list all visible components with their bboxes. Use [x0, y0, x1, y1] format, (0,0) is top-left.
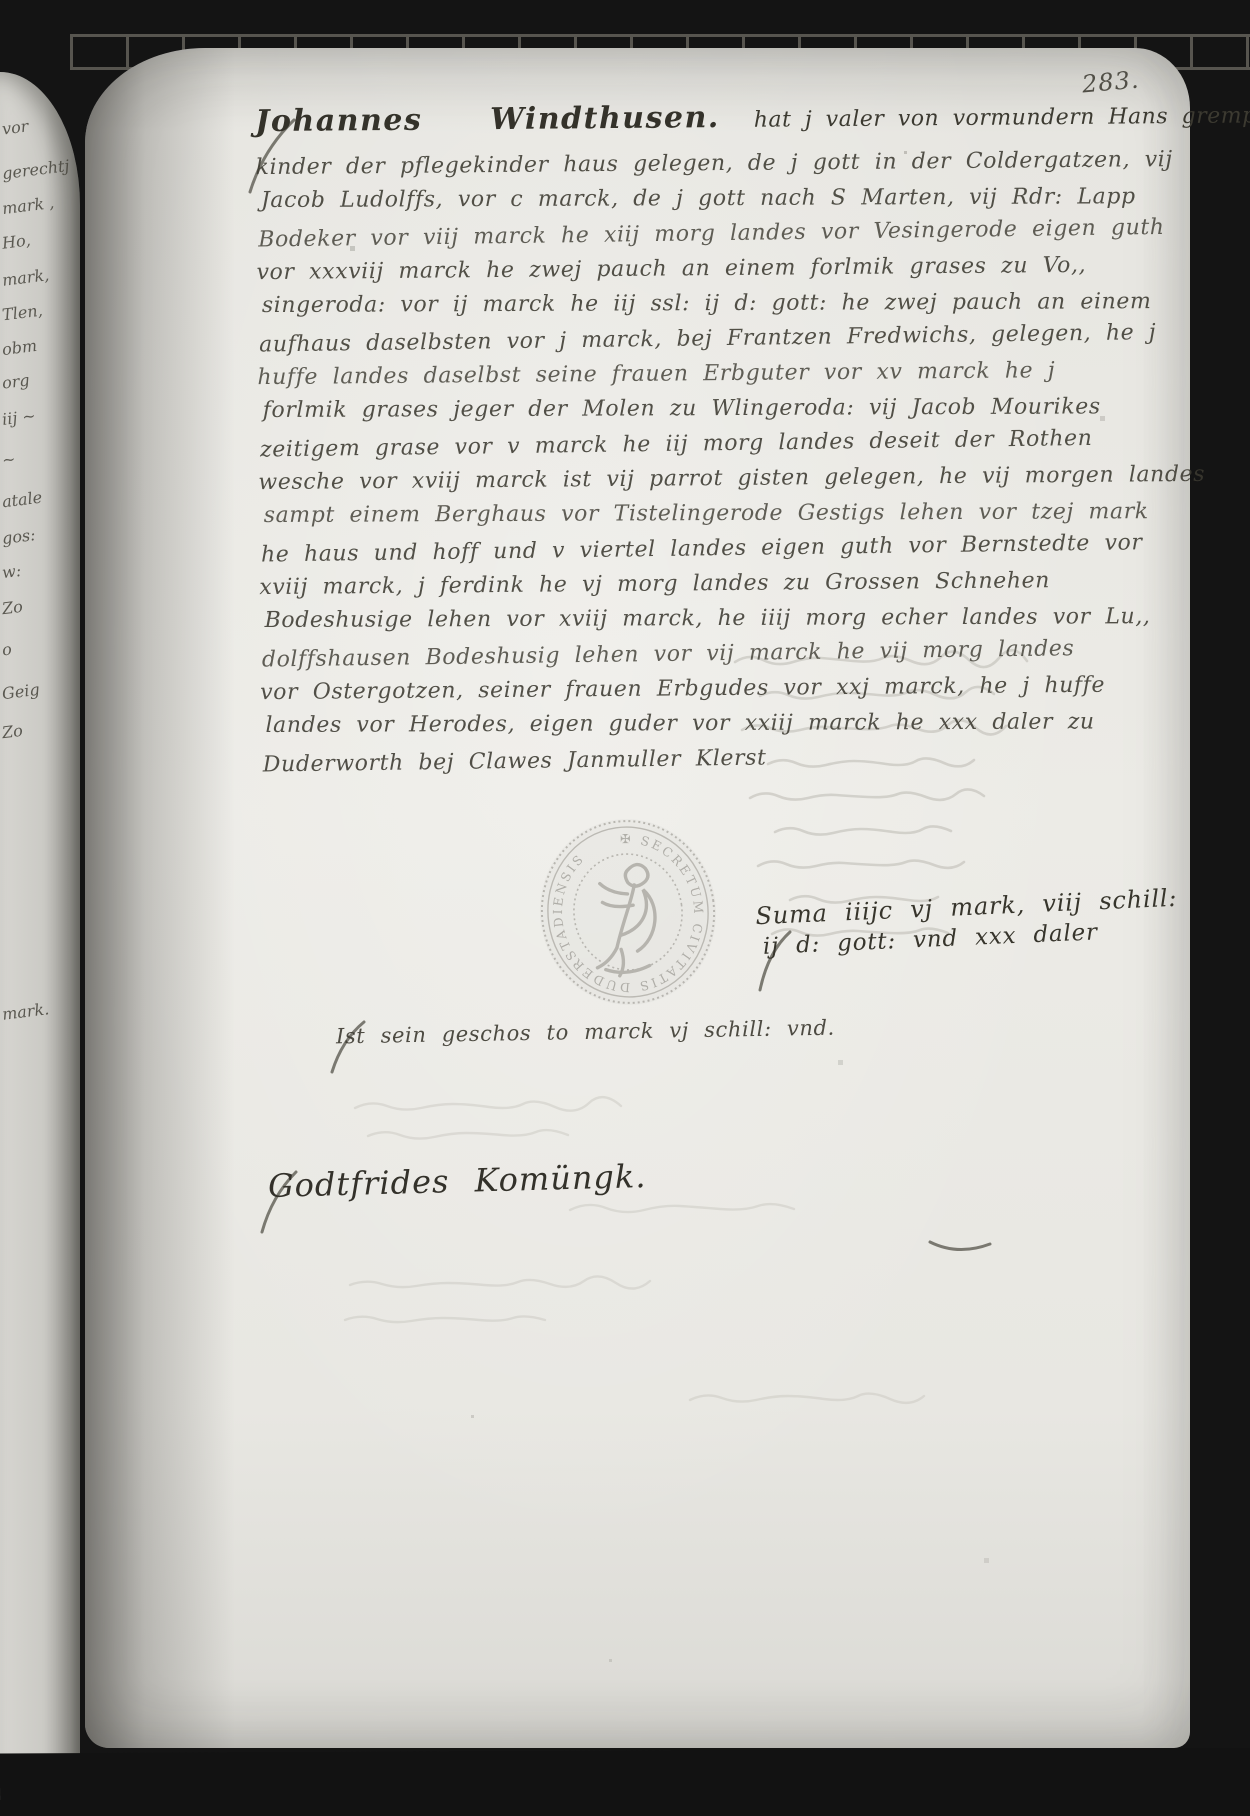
margin-fragment: Geig	[1, 680, 41, 703]
entry-heading-text: hat j valer von vormundern Hans gremper	[754, 103, 1250, 133]
facing-page-edge: vor gerechtj mark , Ho, mark, Tlen, obm …	[0, 72, 80, 1800]
margin-fragment: mark,	[1, 265, 50, 290]
margin-fragment: Tlen,	[1, 301, 44, 325]
margin-fragment: vor	[1, 116, 29, 138]
margin-fragment: iij ~	[1, 406, 37, 429]
page-number: 283.	[1081, 66, 1141, 99]
margin-fragment: Zo	[1, 597, 24, 618]
city-seal: ✠ SECRETUM CIVITATIS DUDERSTADIENSIS	[526, 804, 731, 1019]
paper-specks	[0, 0, 1, 1]
margin-fragment: Zo	[1, 721, 24, 742]
entry-name: Johannes Windthusen.	[255, 100, 720, 139]
entry-heading: Johannes Windthusen. hat j valer von vor…	[255, 96, 1195, 150]
margin-fragment: obm	[1, 336, 38, 359]
microfilm-scan: vor gerechtj mark , Ho, mark, Tlen, obm …	[0, 0, 1250, 1816]
margin-fragment: org	[1, 370, 31, 392]
margin-fragment: gerechtj	[1, 156, 70, 183]
margin-fragment: atale	[1, 488, 43, 512]
margin-fragment: mark.	[1, 999, 50, 1024]
margin-fragment: ~	[1, 449, 17, 469]
margin-fragment: o	[1, 639, 13, 659]
margin-fragment: gos:	[1, 525, 37, 548]
margin-fragment: Ho,	[1, 230, 32, 252]
margin-fragment: w:	[1, 561, 22, 582]
margin-fragment: mark ,	[1, 193, 55, 218]
scan-bottom-edge	[0, 1748, 1250, 1816]
manuscript-entry: Johannes Windthusen. hat j valer von vor…	[255, 96, 1201, 780]
